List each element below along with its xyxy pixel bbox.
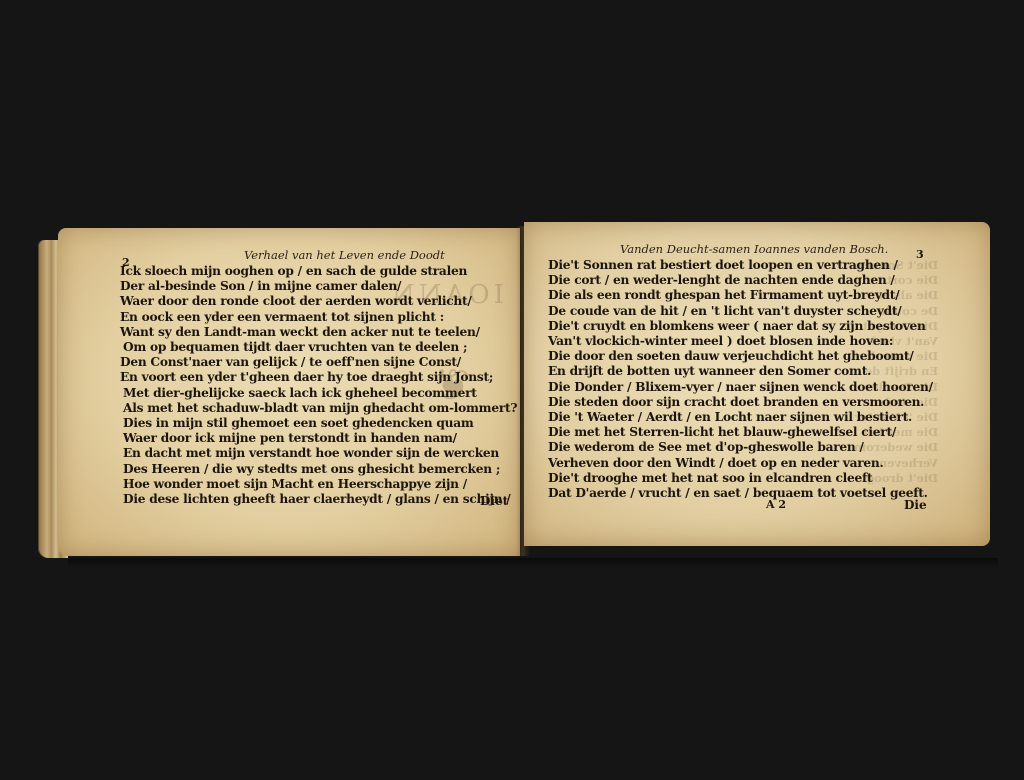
text-line: Die wederom de See met d'op-gheswolle ba… bbox=[548, 440, 933, 455]
text-line: Die Donder / Blixem-vyer / naer sijnen w… bbox=[548, 380, 933, 395]
text-line: Dies in mijn stil ghemoet een soet ghede… bbox=[120, 416, 517, 431]
text-line: Waer door den ronde cloot der aerden wor… bbox=[120, 294, 517, 309]
left-page-text: Ick sloech mijn ooghen op / en sach de g… bbox=[120, 264, 517, 507]
text-line: Die't cruydt en blomkens weer ( naer dat… bbox=[548, 319, 933, 334]
text-line: Die steden door sijn cracht doet branden… bbox=[548, 395, 933, 410]
open-book: 2 Verhael van het Leven ende Doodt IOANN… bbox=[38, 222, 990, 560]
left-page: 2 Verhael van het Leven ende Doodt IOANN… bbox=[58, 228, 520, 556]
text-line: De coude van de hit / en 't licht van't … bbox=[548, 304, 933, 319]
text-line: Hoe wonder moet sijn Macht en Heerschapp… bbox=[120, 477, 517, 492]
text-line: Die door den soeten dauw verjeuchdicht h… bbox=[548, 349, 933, 364]
text-line: En voort een yder t'gheen daer hy toe dr… bbox=[120, 370, 517, 385]
book-shadow bbox=[68, 558, 998, 568]
text-line: Verheven door den Windt / doet op en ned… bbox=[548, 456, 933, 471]
text-line: Der al-besinde Son / in mijne camer dale… bbox=[120, 279, 517, 294]
text-line: Als met het schaduw-bladt van mijn gheda… bbox=[120, 401, 517, 416]
catchword-left: Diet bbox=[480, 494, 508, 508]
right-page: Vanden Deucht-samen Ioannes vanden Bosch… bbox=[524, 222, 990, 546]
text-line: Dat D'aerde / vrucht / en saet / bequaem… bbox=[548, 486, 933, 501]
text-line: En dacht met mijn verstandt hoe wonder s… bbox=[120, 446, 517, 461]
text-line: Des Heeren / die wy stedts met ons ghesi… bbox=[120, 462, 517, 477]
text-line: Den Const'naer van gelijck / te oeff'nen… bbox=[120, 355, 517, 370]
signature-mark: A 2 bbox=[766, 498, 786, 511]
text-line: Van't vlockich-winter meel ) doet blosen… bbox=[548, 334, 933, 349]
text-line: Waer door ick mijne pen terstondt in han… bbox=[120, 431, 517, 446]
text-line: Die dese lichten gheeft haer claerheydt … bbox=[120, 492, 517, 507]
text-line: Die't drooghe met het nat soo in elcandr… bbox=[548, 471, 933, 486]
text-line: Die met het Sterren-licht het blauw-ghew… bbox=[548, 425, 933, 440]
text-line: Die als een rondt ghespan het Firmament … bbox=[548, 288, 933, 303]
catchword-right: Die bbox=[904, 498, 927, 512]
text-line: Want sy den Landt-man weckt den acker nu… bbox=[120, 325, 517, 340]
text-line: En oock een yder een vermaent tot sijnen… bbox=[120, 310, 517, 325]
text-line: En drijft de botten uyt wanneer den Some… bbox=[548, 364, 933, 379]
running-head-left: Verhael van het Leven ende Doodt bbox=[244, 248, 445, 262]
right-page-text: Die't Sonnen rat bestiert doet loopen en… bbox=[548, 258, 933, 501]
running-head-right: Vanden Deucht-samen Ioannes vanden Bosch… bbox=[620, 242, 888, 256]
text-line: Ick sloech mijn ooghen op / en sach de g… bbox=[120, 264, 517, 279]
text-line: Om op bequamen tijdt daer vruchten van t… bbox=[120, 340, 517, 355]
text-line: Met dier-ghelijcke saeck lach ick ghehee… bbox=[120, 386, 517, 401]
text-line: Die't Sonnen rat bestiert doet loopen en… bbox=[548, 258, 933, 273]
text-line: Die cort / en weder-lenght de nachten en… bbox=[548, 273, 933, 288]
text-line: Die 't Waeter / Aerdt / en Locht naer si… bbox=[548, 410, 933, 425]
